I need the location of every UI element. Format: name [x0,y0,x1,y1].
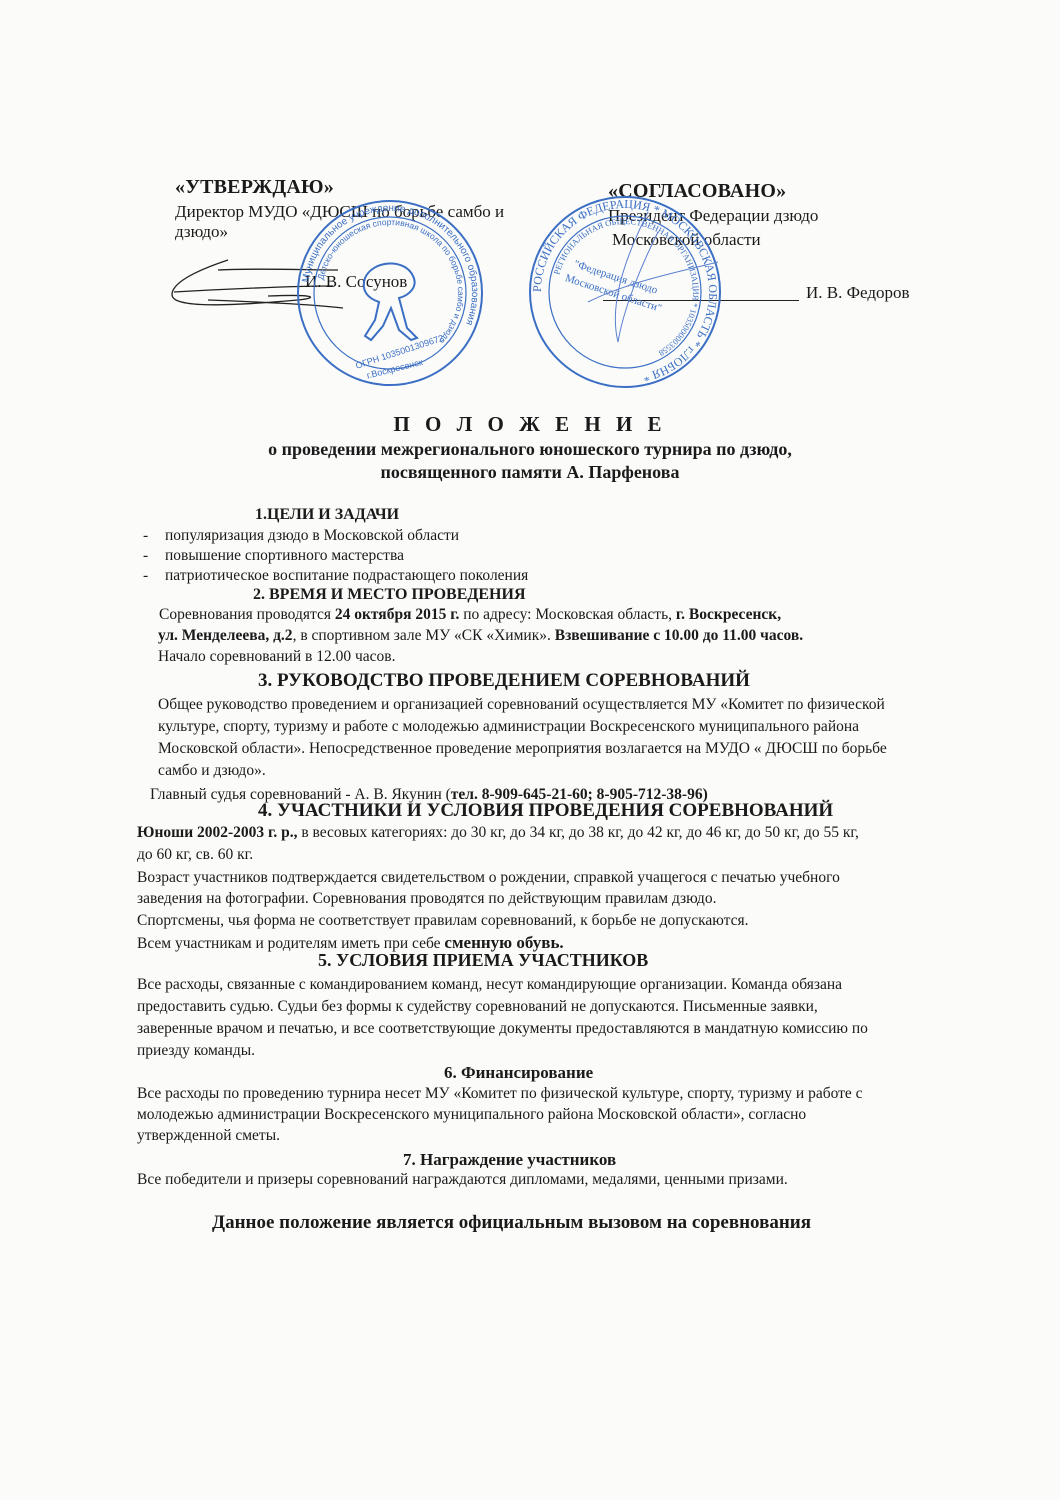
list-item-text: патриотическое воспитание подрастающего … [165,567,528,584]
svg-text:Детско-юношеская спортивная шк: Детско-юношеская спортивная школа по бор… [315,217,466,346]
text: по адресу: Московская область, [459,606,676,623]
section-6-heading: 6. Финансирование [444,1063,593,1083]
approved-position-line2: дзюдо» [175,222,228,242]
section-3-line1: Общее руководство проведением и организа… [158,694,885,715]
section-4-line1: Юноши 2002-2003 г. р., в весовых категор… [137,822,859,843]
section-4-line5: Спортсмены, чья форма не соответствует п… [137,910,749,931]
list-item: -патриотическое воспитание подрастающего… [143,566,528,585]
section-7-line1: Все победители и призеры соревнований на… [137,1169,788,1190]
section-6-line2: молодежью администрации Воскресенского м… [137,1104,806,1125]
section-5-line3: заверенные врачом и печатью, и все соотв… [137,1018,868,1039]
section-4-heading: 4. УЧАСТНИКИ И УСЛОВИЯ ПРОВЕДЕНИЯ СОРЕВН… [258,800,833,822]
section-2-heading: 2. ВРЕМЯ И МЕСТО ПРОВЕДЕНИЯ [253,586,526,604]
weigh-in-time: Взвешивание с 10.00 до 11.00 часов. [555,627,803,644]
section-3-line2: культуре, спорту, туризму и работе с мол… [158,716,859,737]
document-subtitle-line2: посвященного памяти А. Парфенова [0,461,1060,484]
school-stamp-icon: Муниципальное учреждение дополнительного… [295,198,485,388]
section-3-line3: Московской области». Непосредственное пр… [158,738,887,759]
event-street: ул. Менделеева, д.2 [158,627,293,644]
section-3-heading: 3. РУКОВОДСТВО ПРОВЕДЕНИЕМ СОРЕВНОВАНИЙ [258,670,750,692]
event-date: 24 октября 2015 г. [335,606,460,623]
approved-title: «УТВЕРЖДАЮ» [175,176,334,199]
text: Соревнования проводятся [159,606,335,623]
section-4-line4: заведения на фотографии. Соревнования пр… [137,888,716,909]
section-6-line1: Все расходы по проведению турнира несет … [137,1083,863,1104]
agreed-signer: И. В. Федоров [806,283,910,303]
section-5-line4: приезду команды. [137,1040,255,1061]
participants-age: Юноши 2002-2003 г. р., [137,824,297,841]
list-item-text: повышение спортивного мастерства [165,547,404,564]
list-item: -популяризация дзюдо в Московской област… [143,526,459,545]
section-4-line3: Возраст участников подтверждается свидет… [137,867,840,888]
event-city: г. Воскресенск, [676,606,781,623]
weight-categories: в весовых категориях: до 30 кг, до 34 кг… [297,824,858,841]
closing-statement: Данное положение является официальным вы… [212,1212,811,1234]
section-1-heading: 1.ЦЕЛИ И ЗАДАЧИ [255,506,399,524]
section-2-line1: Соревнования проводятся 24 октября 2015 … [159,604,781,625]
federation-stamp-icon: РОССИЙСКАЯ ФЕДЕРАЦИЯ * МОСКОВСКАЯ ОБЛАСТ… [528,192,723,392]
document-title: П О Л О Ж Е Н И Е [0,412,1060,437]
section-6-line3: утвержденной сметы. [137,1125,280,1146]
section-5-heading: 5. УСЛОВИЯ ПРИЕМА УЧАСТНИКОВ [318,950,648,971]
section-2-line3: Начало соревнований в 12.00 часов. [158,646,395,667]
section-4-line2: до 60 кг, св. 60 кг. [137,844,253,865]
section-5-line1: Все расходы, связанные с командированием… [137,974,842,995]
section-5-line2: предоставить судью. Судьи без формы к су… [137,996,818,1017]
document-subtitle-line1: о проведении межрегионального юношеского… [0,438,1060,461]
section-2-line2: ул. Менделеева, д.2, в спортивном зале М… [158,625,803,646]
section-3-line4: самбо и дзюдо». [158,760,266,781]
list-item: -повышение спортивного мастерства [143,546,404,565]
section-7-heading: 7. Награждение участников [403,1150,616,1170]
list-item-text: популяризация дзюдо в Московской области [165,527,459,544]
text: , в спортивном зале МУ «СК «Химик». [293,627,555,644]
